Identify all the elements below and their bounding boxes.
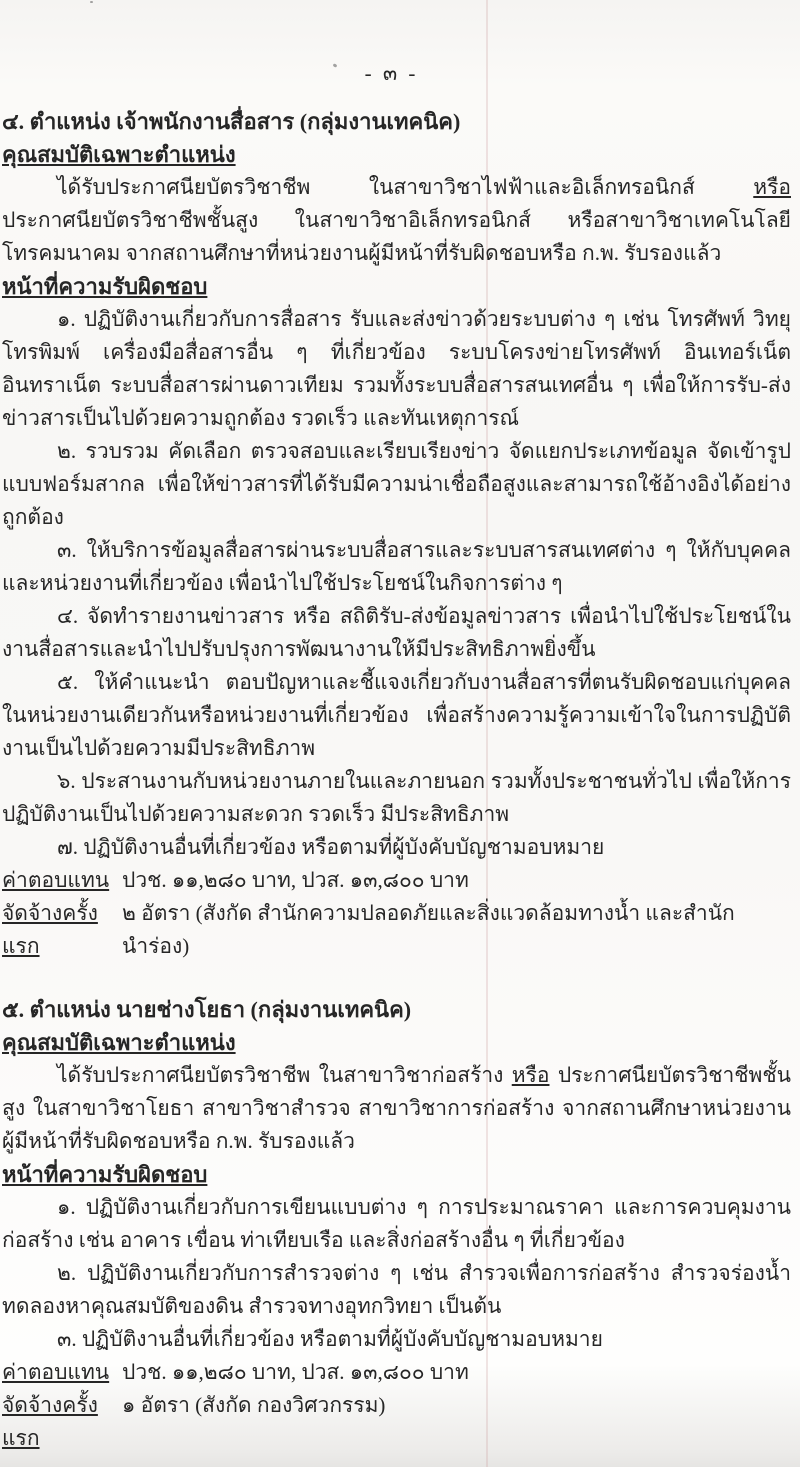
first-hire-row: จัดจ้างครั้งแรก ๒ อัตรา (สังกัด สำนักควา…: [2, 897, 791, 963]
section-4-duties-heading: หน้าที่ความรับผิดชอบ: [2, 270, 791, 303]
section-position-5: ๕. ตำแหน่ง นายช่างโยธา (กลุ่มงานเทคนิค) …: [2, 993, 791, 1455]
section-4-qualification-heading: คุณสมบัติเฉพาะตำแหน่ง: [2, 138, 791, 171]
first-hire-label-cell: จัดจ้างครั้งแรก: [2, 897, 122, 963]
compensation-label-cell: ค่าตอบแทน: [2, 864, 122, 897]
document-content: - ๓ - ๔. ตำแหน่ง เจ้าพนักงานสื่อสาร (กลุ…: [2, 0, 791, 1455]
duty-item: ๓. ปฏิบัติงานอื่นที่เกี่ยวข้อง หรือตามที…: [2, 1323, 791, 1356]
first-hire-row: จัดจ้างครั้งแรก ๑ อัตรา (สังกัด กองวิศวก…: [2, 1389, 791, 1455]
qualification-text-before-or: ได้รับประกาศนียบัตรวิชาชีพ ในสาขาวิชาไฟฟ…: [57, 175, 753, 199]
qualification-text-before-or: ได้รับประกาศนียบัตรวิชาชีพ ในสาขาวิชาก่อ…: [57, 1063, 512, 1087]
duty-item: ๓. ให้บริการข้อมูลสื่อสารผ่านระบบสื่อสาร…: [2, 534, 791, 600]
compensation-label: ค่าตอบแทน: [2, 1360, 109, 1384]
duty-item: ๑. ปฏิบัติงานเกี่ยวกับการสื่อสาร รับและส…: [2, 303, 791, 435]
scanned-document-page: - ๓ - ๔. ตำแหน่ง เจ้าพนักงานสื่อสาร (กลุ…: [0, 0, 800, 1467]
or-underlined: หรือ: [753, 175, 791, 199]
first-hire-label: จัดจ้างครั้งแรก: [2, 1393, 98, 1450]
or-underlined: หรือ: [512, 1063, 550, 1087]
section-5-title: ๕. ตำแหน่ง นายช่างโยธา (กลุ่มงานเทคนิค): [2, 993, 791, 1026]
first-hire-label: จัดจ้างครั้งแรก: [2, 901, 98, 958]
duty-item: ๑. ปฏิบัติงานเกี่ยวกับการเขียนแบบต่าง ๆ …: [2, 1191, 791, 1257]
section-5-duties-heading: หน้าที่ความรับผิดชอบ: [2, 1158, 791, 1191]
qualification-text-after-or: ประกาศนียบัตรวิชาชีพชั้นสูง ในสาขาวิชาอิ…: [2, 208, 791, 265]
duty-item: ๒. รวบรวม คัดเลือก ตรวจสอบและเรียบเรียงข…: [2, 435, 791, 534]
duty-item: ๗. ปฏิบัติงานอื่นที่เกี่ยวข้อง หรือตามที…: [2, 831, 791, 864]
compensation-row: ค่าตอบแทน ปวช. ๑๑,๒๘๐ บาท, ปวส. ๑๓,๘๐๐ บ…: [2, 1356, 791, 1389]
compensation-value: ปวช. ๑๑,๒๘๐ บาท, ปวส. ๑๓,๘๐๐ บาท: [122, 864, 791, 897]
section-position-4: ๔. ตำแหน่ง เจ้าพนักงานสื่อสาร (กลุ่มงานเ…: [2, 105, 791, 963]
duty-item: ๕. ให้คำแนะนำ ตอบปัญหาและชี้แจงเกี่ยวกับ…: [2, 666, 791, 765]
section-5-qualification-heading: คุณสมบัติเฉพาะตำแหน่ง: [2, 1026, 791, 1059]
first-hire-label-cell: จัดจ้างครั้งแรก: [2, 1389, 122, 1455]
duty-item: ๖. ประสานงานกับหน่วยงานภายในและภายนอก รว…: [2, 765, 791, 831]
section-5-qualification-paragraph: ได้รับประกาศนียบัตรวิชาชีพ ในสาขาวิชาก่อ…: [2, 1059, 791, 1158]
compensation-label: ค่าตอบแทน: [2, 868, 109, 892]
first-hire-value: ๒ อัตรา (สังกัด สำนักความปลอดภัยและสิ่งแ…: [122, 897, 791, 963]
compensation-row: ค่าตอบแทน ปวช. ๑๑,๒๘๐ บาท, ปวส. ๑๓,๘๐๐ บ…: [2, 864, 791, 897]
duty-item: ๔. จัดทำรายงานข่าวสาร หรือ สถิติรับ-ส่งข…: [2, 600, 791, 666]
page-number: - ๓ -: [0, 57, 791, 90]
section-4-qualification-paragraph: ได้รับประกาศนียบัตรวิชาชีพ ในสาขาวิชาไฟฟ…: [2, 171, 791, 270]
first-hire-value: ๑ อัตรา (สังกัด กองวิศวกรรม): [122, 1389, 791, 1455]
section-4-title: ๔. ตำแหน่ง เจ้าพนักงานสื่อสาร (กลุ่มงานเ…: [2, 105, 791, 138]
compensation-label-cell: ค่าตอบแทน: [2, 1356, 122, 1389]
compensation-value: ปวช. ๑๑,๒๘๐ บาท, ปวส. ๑๓,๘๐๐ บาท: [122, 1356, 791, 1389]
duty-item: ๒. ปฏิบัติงานเกี่ยวกับการสำรวจต่าง ๆ เช่…: [2, 1257, 791, 1323]
